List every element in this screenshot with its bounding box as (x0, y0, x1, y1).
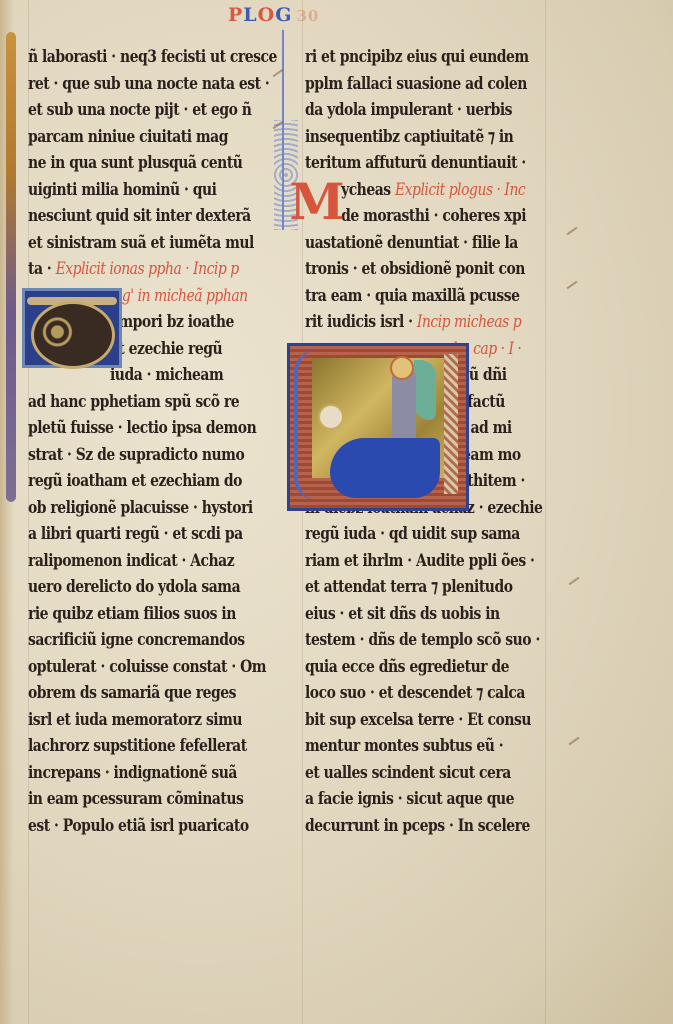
angel-halo (390, 356, 414, 380)
text-line: a libri quarti regũ · et scdi pa (28, 521, 233, 548)
folio-number: 30 (296, 7, 319, 25)
text-line: et ualles scindent sicut cera (305, 760, 526, 787)
prophet-bed-blanket (330, 438, 440, 498)
rubric-explicit: Explicit plogus · Inc (395, 180, 525, 200)
running-head-letter: G (275, 4, 292, 26)
text-line: obrem ds samariã que reges (28, 680, 233, 707)
red-initial-m: M (288, 178, 346, 226)
text-line: strat · Sz de supradicto numo (28, 442, 233, 469)
historiated-initial-v (287, 343, 469, 511)
text-line: uastationẽ denuntiat · filie la (305, 230, 526, 257)
text-line: quia ecce dñs egredietur de (305, 654, 526, 681)
text-fragment: ycheas (341, 180, 391, 200)
text-line: et sub una nocte pijt · et ego ñ (28, 97, 233, 124)
running-head-letter: O (258, 4, 276, 26)
initial-letter-stroke (294, 350, 316, 500)
text-line: pletũ fuisse · lectio ipsa demon (28, 415, 233, 442)
text-line: decurrunt in pceps · In scelere (305, 813, 526, 840)
text-line: ralipomenon indicat · Achaz (28, 548, 233, 575)
text-line: increpans · indignationẽ suã (28, 760, 233, 787)
running-head: PLOG30 (228, 4, 319, 26)
text-line: est · Populo etiã isrl puaricato (28, 813, 233, 840)
text-line: sacrificiũ igne concremandos (28, 627, 233, 654)
text-line: tra eam · quia maxillã pcusse (305, 283, 526, 310)
text-line: a facie ignis · sicut aque que (305, 786, 526, 813)
rubric-explicit: Explicit ionas ppha · Incip p (56, 259, 239, 279)
text-line: pplm fallaci suasione ad colen (305, 71, 526, 98)
text-line: bit sup excelsa terre · Et consu (305, 707, 526, 734)
running-head-letter: P (228, 4, 243, 26)
text-line-with-rubric: ta · Explicit ionas ppha · Incip p (28, 256, 233, 283)
text-line: in eam pcessuram cõminatus (28, 786, 233, 813)
running-head-letter: L (243, 4, 257, 26)
initial-pillar-ornament (444, 354, 458, 494)
angel-wing-figure (414, 360, 436, 420)
text-line: loco suo · et descendet ⁊ calca (305, 680, 526, 707)
manuscript-folio: PLOG30 ñ laborasti · neq3 fecisti ut cre… (0, 0, 673, 1024)
text-line: ne in qua sunt plusquã centũ (28, 150, 233, 177)
text-line: isrl et iuda memoratorz simu (28, 707, 233, 734)
text-line: mentur montes subtus eũ · (305, 733, 526, 760)
marginal-border-decoration (6, 32, 16, 502)
text-line: ob religionẽ placuisse · hystori (28, 495, 233, 522)
text-line: insequentibz captiuitatẽ ⁊ in (305, 124, 526, 151)
text-line: ret · que sub una nocte nata est · (28, 71, 233, 98)
text-line: regũ iuda · qd uidit sup sama (305, 521, 526, 548)
text-line: ri et pncipibz eius qui eundem (305, 44, 526, 71)
initial-spiral-ornament (31, 301, 115, 369)
text-fragment: rit iudicis isrl · (305, 312, 413, 332)
text-line: riam et ihrlm · Audite ppli ões · (305, 548, 526, 575)
text-line: regũ ioatham et ezechiam do (28, 468, 233, 495)
text-line: eius · et sit dñs ds uobis in (305, 601, 526, 628)
text-line: da ydola impulerant · uerbis (305, 97, 526, 124)
prophet-halo (318, 404, 344, 430)
text-fragment: ta · (28, 259, 51, 279)
text-line: ñ laborasti · neq3 fecisti ut cresce (28, 44, 233, 71)
text-line: tronis · et obsidionẽ ponit con (305, 256, 526, 283)
text-line: nesciunt quid sit inter dexterã (28, 203, 233, 230)
illuminated-initial-v (22, 288, 122, 368)
rubric-incipit: Incip micheas p (417, 312, 521, 332)
left-text-column: ñ laborasti · neq3 fecisti ut cresce ret… (28, 44, 278, 839)
text-line: parcam niniue ciuitati mag (28, 124, 233, 151)
text-line: et attendat terra ⁊ plenitudo (305, 574, 526, 601)
text-line: uiginti milia hominũ · qui (28, 177, 233, 204)
text-line: uero derelicto do ydola sama (28, 574, 233, 601)
text-line: optulerat · coluisse constat · Om (28, 654, 233, 681)
text-line: lachrorz supstitione fefellerat (28, 733, 233, 760)
text-line: rie quibz etiam filios suos in (28, 601, 233, 628)
text-line-with-rubric: rit iudicis isrl · Incip micheas p (305, 309, 526, 336)
text-line: testem · dñs de templo scõ suo · (305, 627, 526, 654)
text-line: ad hanc pphetiam spũ scõ re (28, 389, 233, 416)
text-line: et sinistram suã et iumẽta mul (28, 230, 233, 257)
